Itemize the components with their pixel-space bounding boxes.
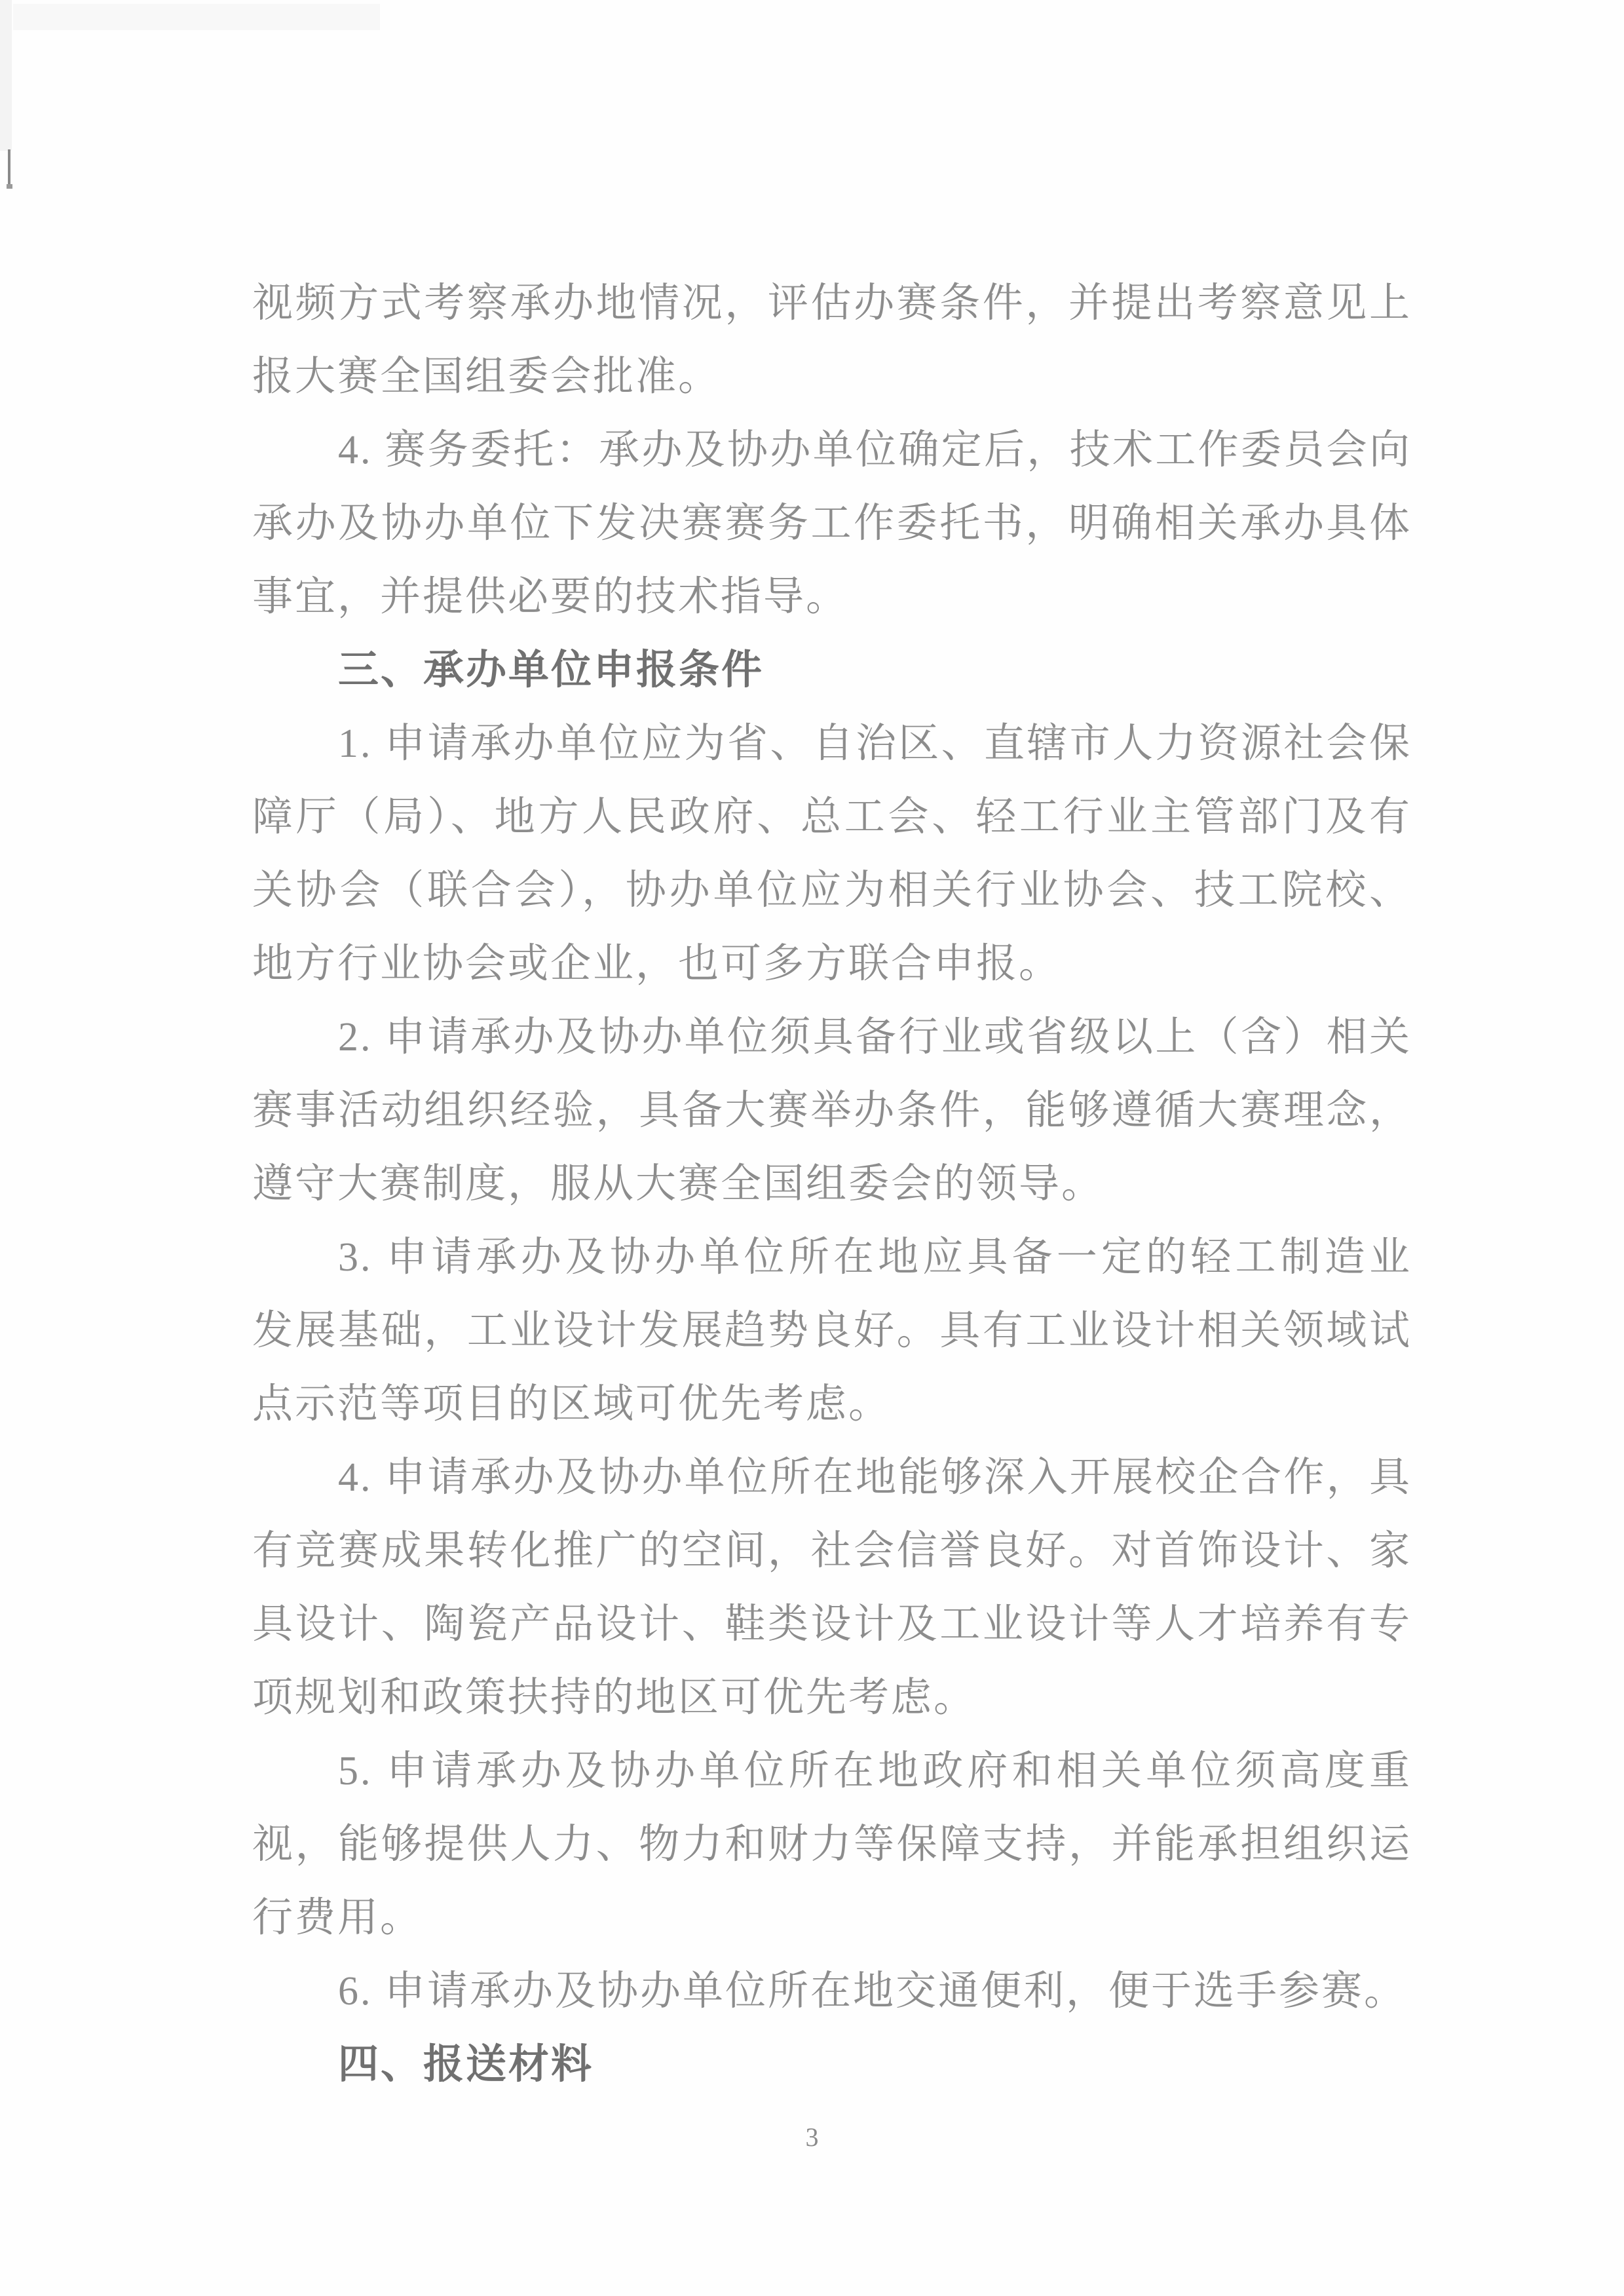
text-line: 项规划和政策扶持的地区可优先考虑。 [252, 1661, 1412, 1734]
text-line: 点示范等项目的区域可优先考虑。 [252, 1368, 1412, 1441]
page-number: 3 [0, 2122, 1624, 2152]
text-line: 事宜，并提供必要的技术指导。 [252, 560, 1412, 634]
text-line: 发展基础，工业设计发展趋势良好。具有工业设计相关领域试 [252, 1294, 1412, 1368]
text-line: 障厅（局）、地方人民政府、总工会、轻工行业主管部门及有 [252, 780, 1412, 854]
text-line: 4. 申请承办及协办单位所在地能够深入开展校企合作，具 [252, 1441, 1412, 1514]
scan-smudge [13, 4, 380, 30]
text-line: 有竞赛成果转化推广的空间，社会信誉良好。对首饰设计、家 [252, 1514, 1412, 1588]
text-line: 遵守大赛制度，服从大赛全国组委会的领导。 [252, 1147, 1412, 1221]
text-line: 5. 申请承办及协办单位所在地政府和相关单位须高度重 [252, 1734, 1412, 1808]
scan-artifact-dot [7, 184, 12, 189]
text-line: 赛事活动组织经验，具备大赛举办条件，能够遵循大赛理念， [252, 1074, 1412, 1147]
section-heading: 三、承办单位申报条件 [252, 634, 1412, 707]
text-line: 3. 申请承办及协办单位所在地应具备一定的轻工制造业 [252, 1221, 1412, 1294]
text-line: 4. 赛务委托：承办及协办单位确定后，技术工作委员会向 [252, 413, 1412, 487]
text-line: 1. 申请承办单位应为省、自治区、直辖市人力资源社会保 [252, 707, 1412, 780]
text-line: 承办及协办单位下发决赛赛务工作委托书，明确相关承办具体 [252, 487, 1412, 560]
section-heading: 四、报送材料 [252, 2028, 1412, 2101]
text-line: 行费用。 [252, 1881, 1412, 1955]
text-line: 具设计、陶瓷产品设计、鞋类设计及工业设计等人才培养有专 [252, 1588, 1412, 1661]
text-line: 报大赛全国组委会批准。 [252, 340, 1412, 413]
text-line: 6. 申请承办及协办单位所在地交通便利，便于选手参赛。 [252, 1955, 1412, 2028]
scan-noise-band [0, 0, 12, 151]
document-body: 视频方式考察承办地情况，评估办赛条件，并提出考察意见上报大赛全国组委会批准。4.… [252, 267, 1412, 2101]
scan-artifact-line [8, 149, 10, 186]
text-line: 地方行业协会或企业，也可多方联合申报。 [252, 927, 1412, 1001]
text-line: 视，能够提供人力、物力和财力等保障支持，并能承担组织运 [252, 1808, 1412, 1881]
text-line: 2. 申请承办及协办单位须具备行业或省级以上（含）相关 [252, 1001, 1412, 1074]
document-page: 视频方式考察承办地情况，评估办赛条件，并提出考察意见上报大赛全国组委会批准。4.… [0, 0, 1624, 2296]
text-line: 关协会（联合会），协办单位应为相关行业协会、技工院校、 [252, 854, 1412, 927]
text-line: 视频方式考察承办地情况，评估办赛条件，并提出考察意见上 [252, 267, 1412, 340]
